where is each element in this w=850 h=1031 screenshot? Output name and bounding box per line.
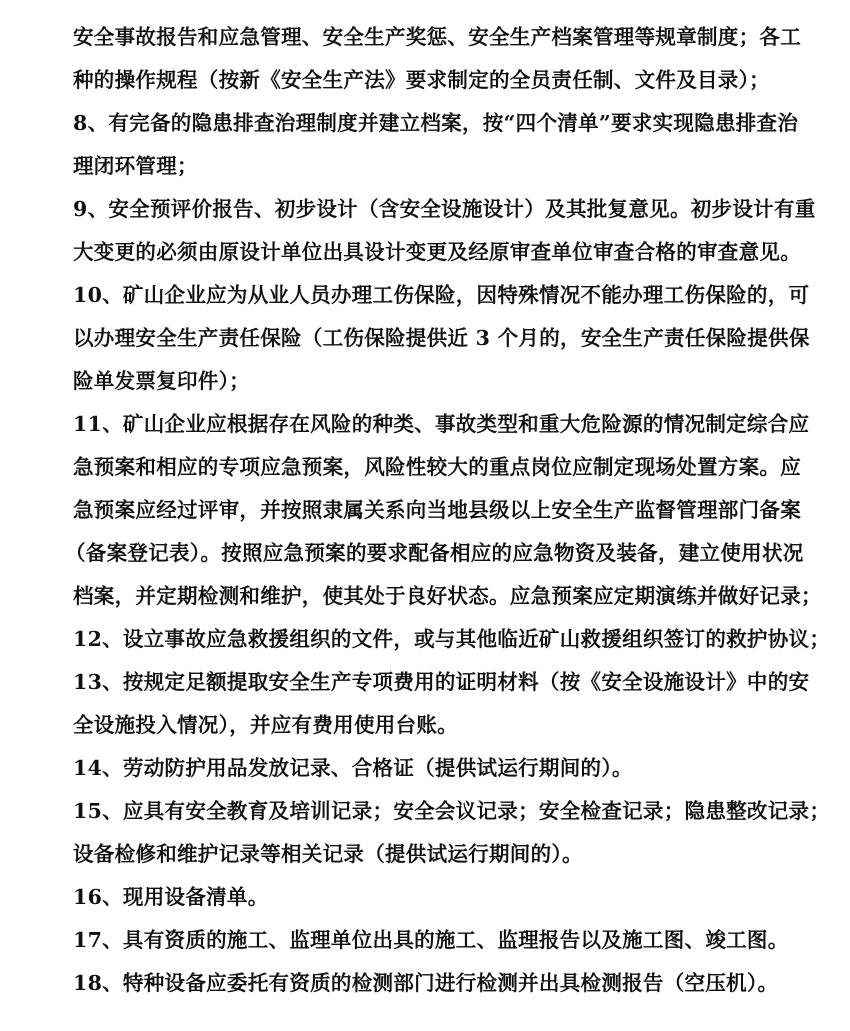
text-line: 8、有完备的隐患排查治理制度并建立档案，按“四个清单”要求实现隐患排查治 bbox=[73, 102, 785, 145]
text-line: 档案，并定期检测和维护，使其处于良好状态。应急预案应定期演练并做好记录； bbox=[73, 575, 785, 618]
text-line: 急预案应经过评审，并按照隶属关系向当地县级以上安全生产监督管理部门备案 bbox=[73, 489, 785, 532]
text-line: 15、应具有安全教育及培训记录；安全会议记录；安全检查记录；隐患整改记录； bbox=[73, 790, 785, 833]
list-item-8: 8、有完备的隐患排查治理制度并建立档案，按“四个清单”要求实现隐患排查治 理闭环… bbox=[73, 102, 785, 188]
text-line: 11、矿山企业应根据存在风险的种类、事故类型和重大危险源的情况制定综合应 bbox=[73, 403, 785, 446]
text-line: 13、按规定足额提取安全生产专项费用的证明材料（按《安全设施设计》中的安 bbox=[73, 661, 785, 704]
text-line: 险单发票复印件）； bbox=[73, 360, 785, 403]
list-item-9: 9、安全预评价报告、初步设计（含安全设施设计）及其批复意见。初步设计有重 大变更… bbox=[73, 188, 785, 274]
text-line: 12、设立事故应急救援组织的文件，或与其他临近矿山救援组织签订的救护协议； bbox=[73, 618, 785, 661]
text-line: 大变更的必须由原设计单位出具设计变更及经原审查单位审查合格的审查意见。 bbox=[73, 231, 785, 274]
list-item-15: 15、应具有安全教育及培训记录；安全会议记录；安全检查记录；隐患整改记录； 设备… bbox=[73, 790, 785, 876]
text-line: 9、安全预评价报告、初步设计（含安全设施设计）及其批复意见。初步设计有重 bbox=[73, 188, 785, 231]
document-page: 安全事故报告和应急管理、安全生产奖惩、安全生产档案管理等规章制度；各工 种的操作… bbox=[73, 16, 785, 1005]
list-item-18: 18、特种设备应委托有资质的检测部门进行检测并出具检测报告（空压机）。 bbox=[73, 962, 785, 1005]
text-line: 种的操作规程（按新《安全生产法》要求制定的全员责任制、文件及目录）； bbox=[73, 59, 785, 102]
list-item-7-continued: 安全事故报告和应急管理、安全生产奖惩、安全生产档案管理等规章制度；各工 种的操作… bbox=[73, 16, 785, 102]
text-line: 17、具有资质的施工、监理单位出具的施工、监理报告以及施工图、竣工图。 bbox=[73, 919, 785, 962]
list-item-11: 11、矿山企业应根据存在风险的种类、事故类型和重大危险源的情况制定综合应 急预案… bbox=[73, 403, 785, 618]
list-item-12: 12、设立事故应急救援组织的文件，或与其他临近矿山救援组织签订的救护协议； bbox=[73, 618, 785, 661]
text-line: 全设施投入情况），并应有费用使用台账。 bbox=[73, 704, 785, 747]
text-line: 设备检修和维护记录等相关记录（提供试运行期间的）。 bbox=[73, 833, 785, 876]
list-item-16: 16、现用设备清单。 bbox=[73, 876, 785, 919]
text-line: 急预案和相应的专项应急预案，风险性较大的重点岗位应制定现场处置方案。应 bbox=[73, 446, 785, 489]
list-item-10: 10、矿山企业应为从业人员办理工伤保险，因特殊情况不能办理工伤保险的，可 以办理… bbox=[73, 274, 785, 403]
text-line: 安全事故报告和应急管理、安全生产奖惩、安全生产档案管理等规章制度；各工 bbox=[73, 16, 785, 59]
text-line: 18、特种设备应委托有资质的检测部门进行检测并出具检测报告（空压机）。 bbox=[73, 962, 785, 1005]
list-item-13: 13、按规定足额提取安全生产专项费用的证明材料（按《安全设施设计》中的安 全设施… bbox=[73, 661, 785, 747]
list-item-14: 14、劳动防护用品发放记录、合格证（提供试运行期间的）。 bbox=[73, 747, 785, 790]
text-line: （备案登记表）。按照应急预案的要求配备相应的应急物资及装备，建立使用状况 bbox=[65, 532, 785, 575]
text-line: 理闭环管理； bbox=[73, 145, 785, 188]
text-line: 以办理安全生产责任保险（工伤保险提供近 3 个月的，安全生产责任保险提供保 bbox=[73, 317, 785, 360]
text-line: 16、现用设备清单。 bbox=[73, 876, 785, 919]
text-line: 14、劳动防护用品发放记录、合格证（提供试运行期间的）。 bbox=[73, 747, 785, 790]
list-item-17: 17、具有资质的施工、监理单位出具的施工、监理报告以及施工图、竣工图。 bbox=[73, 919, 785, 962]
text-line: 10、矿山企业应为从业人员办理工伤保险，因特殊情况不能办理工伤保险的，可 bbox=[73, 274, 785, 317]
